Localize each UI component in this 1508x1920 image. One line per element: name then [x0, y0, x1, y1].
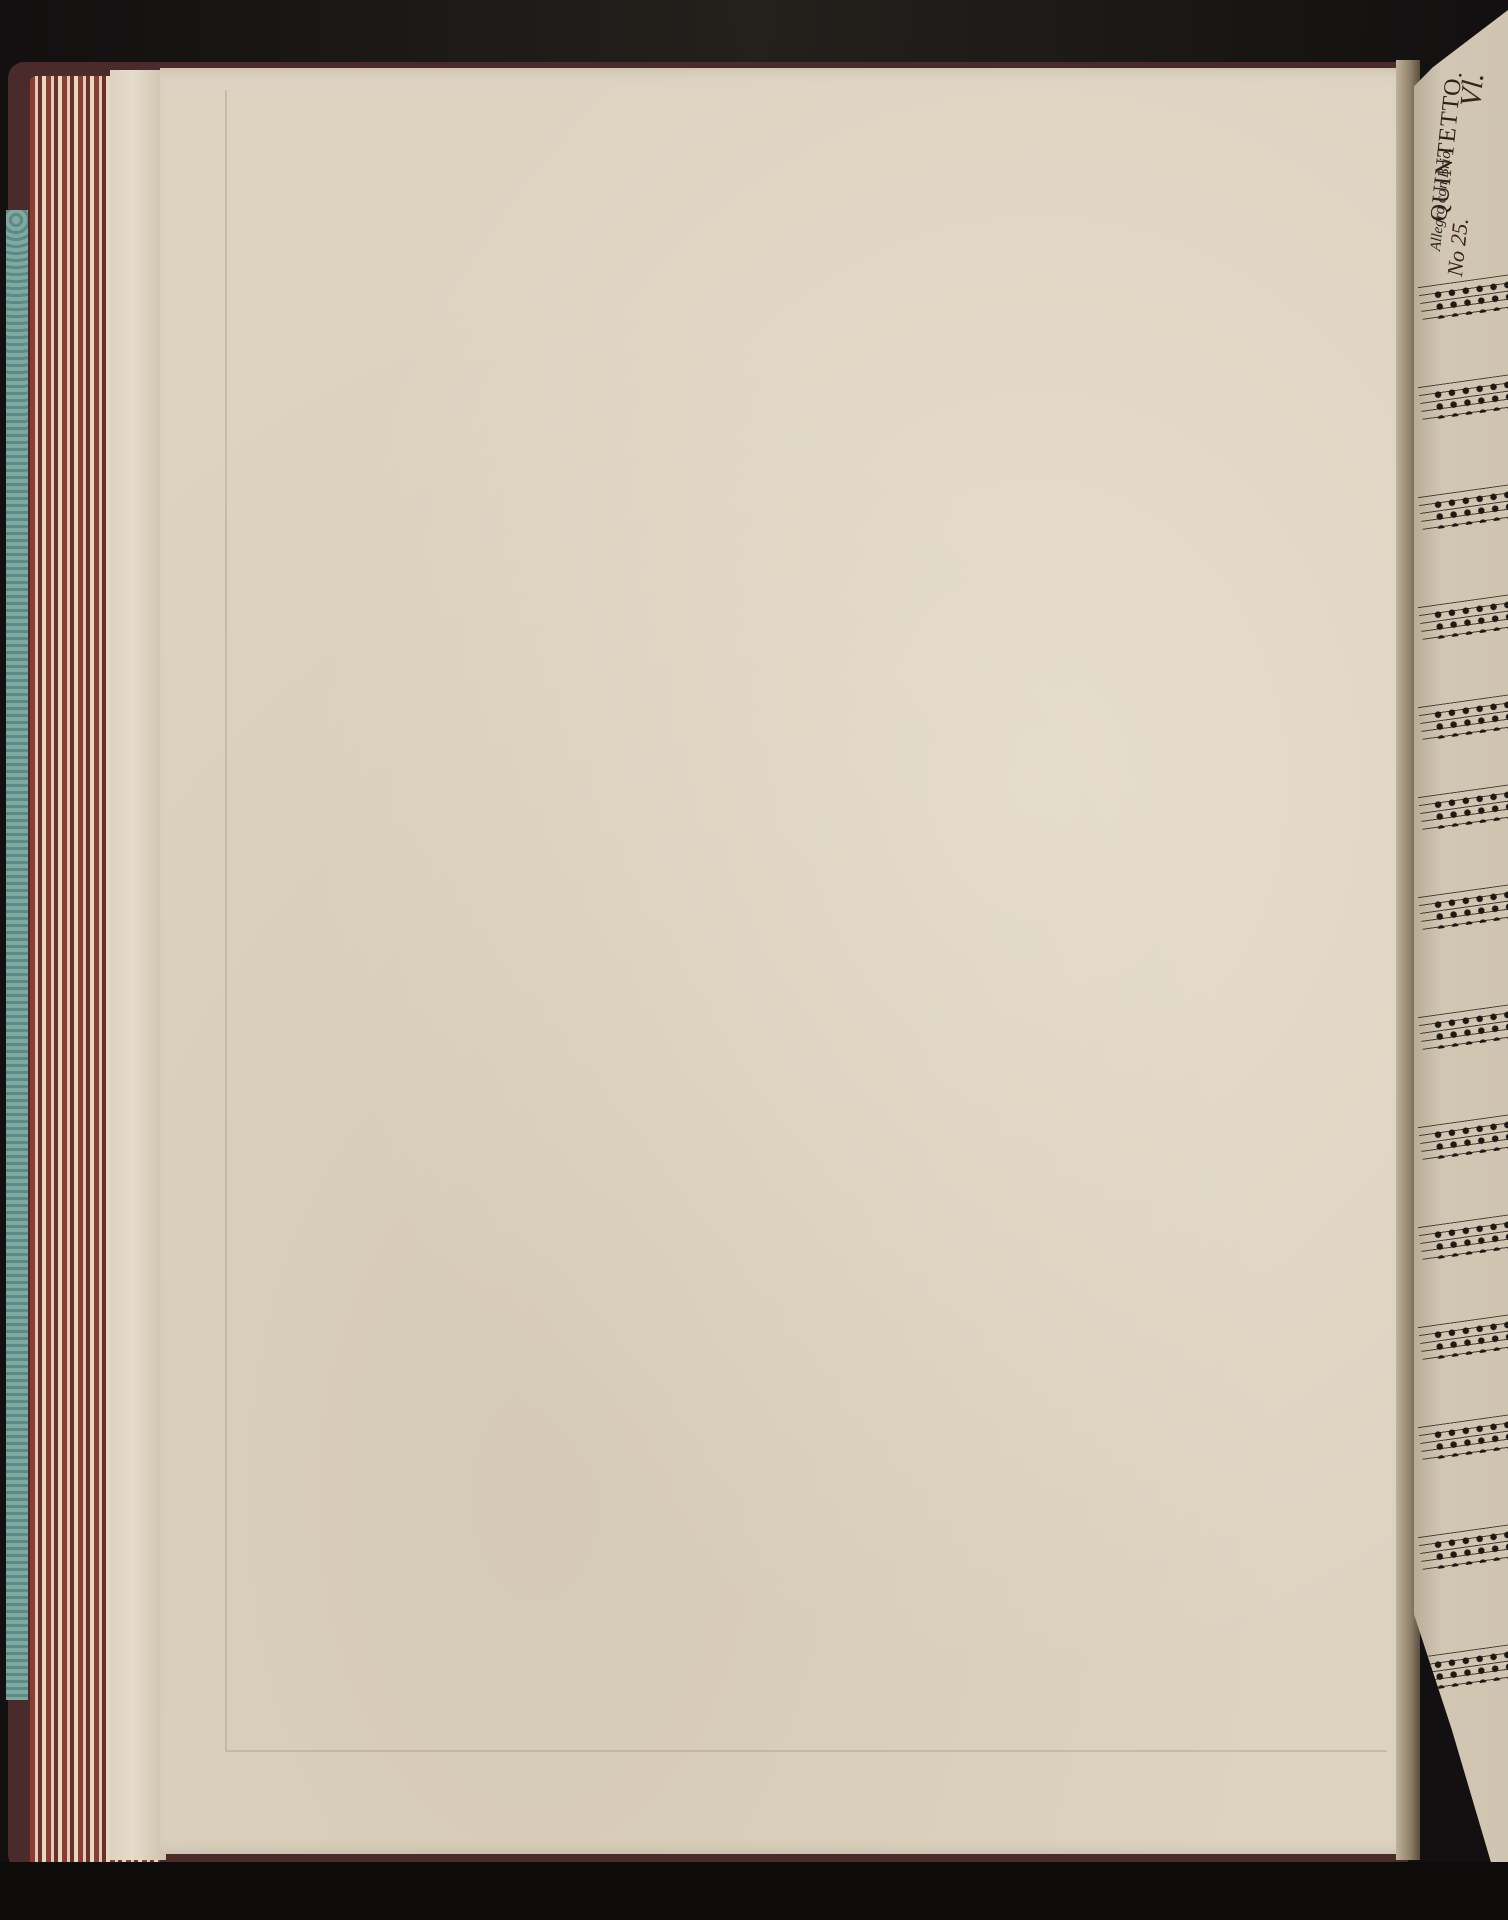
page-edges-light: [110, 70, 166, 1860]
plate-mark: [225, 90, 1387, 1752]
opus-number: No 25.: [1442, 217, 1474, 278]
marbled-endpaper: [6, 210, 28, 1700]
bottom-shadow: [0, 1862, 1508, 1920]
right-music-page: Vl. QUINTETTO. Allegro con Brio. No 25.: [1414, 10, 1508, 1920]
